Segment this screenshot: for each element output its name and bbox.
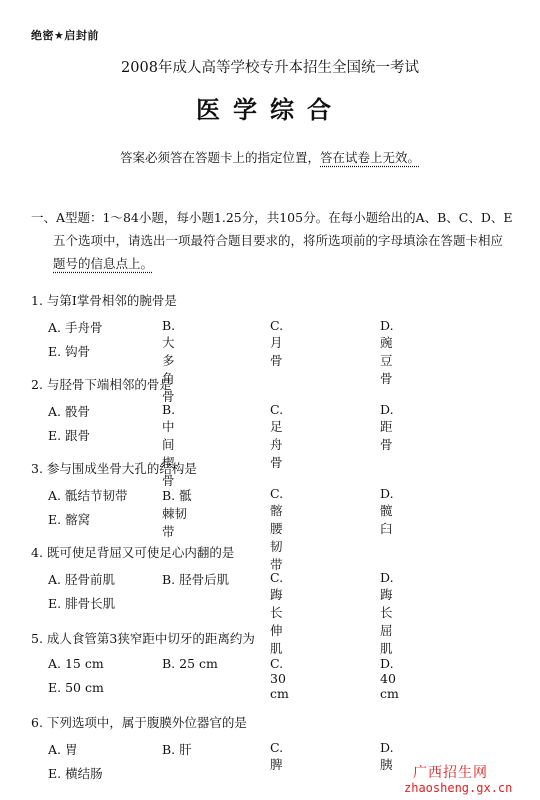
- question-stem: 1. 与第Ⅰ掌骨相邻的腕骨是: [31, 290, 177, 312]
- question-4: 4. 既可使足背屈又可使足心内翻的是 A. 胫骨前肌 B. 胫骨后肌 C. 踇长…: [31, 542, 234, 616]
- option-a: A. 胫骨前肌: [48, 570, 115, 588]
- option-e: E. 50 cm: [48, 680, 104, 695]
- option-b: B. 25 cm: [162, 656, 218, 671]
- option-a: A. 胃: [48, 740, 77, 758]
- exam-title: 2008年成人高等学校专升本招生全国统一考试: [0, 56, 540, 77]
- question-stem: 2. 与胫骨下端相邻的骨是: [31, 374, 172, 396]
- question-2: 2. 与胫骨下端相邻的骨是 A. 骰骨 B. 中间楔骨 C. 足舟骨 D. 距骨…: [31, 374, 172, 448]
- option-d: D. 踇长屈肌: [380, 570, 394, 657]
- option-b: B. 胫骨后肌: [162, 570, 229, 588]
- option-a: A. 骶结节韧带: [48, 486, 127, 504]
- question-stem: 5. 成人食管第3狭窄距中切牙的距离约为: [31, 628, 255, 650]
- question-6: 6. 下列选项中，属于腹膜外位器官的是 A. 胃 B. 肝 C. 脾 D. 胰 …: [31, 712, 247, 786]
- subject-title: 医学综合: [0, 90, 540, 125]
- option-e: E. 髂窝: [48, 510, 90, 528]
- watermark-site-name: 广西招生网: [413, 762, 488, 782]
- option-e: E. 腓骨长肌: [48, 594, 115, 612]
- option-d: D. 胰: [380, 740, 394, 773]
- option-d: D. 40 cm: [380, 656, 399, 701]
- section-line-2: 五个选项中，请选出一项最符合题目要求的，将所选项前的字母填涂在答题卡相应: [31, 229, 513, 252]
- option-e: E. 跟骨: [48, 426, 90, 444]
- option-c: C. 脾: [270, 740, 283, 773]
- notice-text: 答案必须答在答题卡上的指定位置，: [120, 150, 320, 165]
- answer-notice: 答案必须答在答题卡上的指定位置，答在试卷上无效。: [0, 148, 540, 166]
- option-a: A. 手舟骨: [48, 318, 102, 336]
- option-c: C. 踇长伸肌: [270, 570, 283, 657]
- option-a: A. 骰骨: [48, 402, 90, 420]
- question-3: 3. 参与围成坐骨大孔的结构是 A. 骶结节韧带 B. 骶棘韧带 C. 髂腰韧带…: [31, 458, 197, 532]
- question-1: 1. 与第Ⅰ掌骨相邻的腕骨是 A. 手舟骨 B. 大多角骨 C. 月骨 D. 豌…: [31, 290, 177, 364]
- notice-emphasis: 答在试卷上无效。: [320, 150, 420, 165]
- option-b: B. 肝: [162, 740, 192, 758]
- option-d: D. 髋臼: [380, 486, 394, 537]
- option-a: A. 15 cm: [48, 656, 104, 671]
- question-stem: 4. 既可使足背屈又可使足心内翻的是: [31, 542, 234, 564]
- option-d: D. 豌豆骨: [380, 318, 394, 387]
- option-e: E. 横结肠: [48, 764, 103, 782]
- option-c: C. 髂腰韧带: [270, 486, 283, 573]
- option-c: C. 月骨: [270, 318, 283, 369]
- option-c: C. 30 cm: [270, 656, 289, 701]
- option-c: C. 足舟骨: [270, 402, 283, 471]
- question-5: 5. 成人食管第3狭窄距中切牙的距离约为 A. 15 cm B. 25 cm C…: [31, 628, 255, 702]
- confidential-label: 绝密★启封前: [31, 27, 99, 43]
- watermark-domain: zhaosheng.gx.cn: [404, 781, 512, 795]
- section-line-3: 题号的信息点上。: [31, 252, 513, 275]
- section-instructions: 一、A型题：1～84小题，每小题1.25分，共105分。在每小题给出的A、B、C…: [31, 206, 513, 275]
- question-stem: 3. 参与围成坐骨大孔的结构是: [31, 458, 197, 480]
- option-b: B. 骶棘韧带: [162, 486, 197, 540]
- option-d: D. 距骨: [380, 402, 394, 453]
- option-e: E. 钩骨: [48, 342, 90, 360]
- section-line-1: 一、A型题：1～84小题，每小题1.25分，共105分。在每小题给出的A、B、C…: [31, 206, 513, 229]
- question-stem: 6. 下列选项中，属于腹膜外位器官的是: [31, 712, 247, 734]
